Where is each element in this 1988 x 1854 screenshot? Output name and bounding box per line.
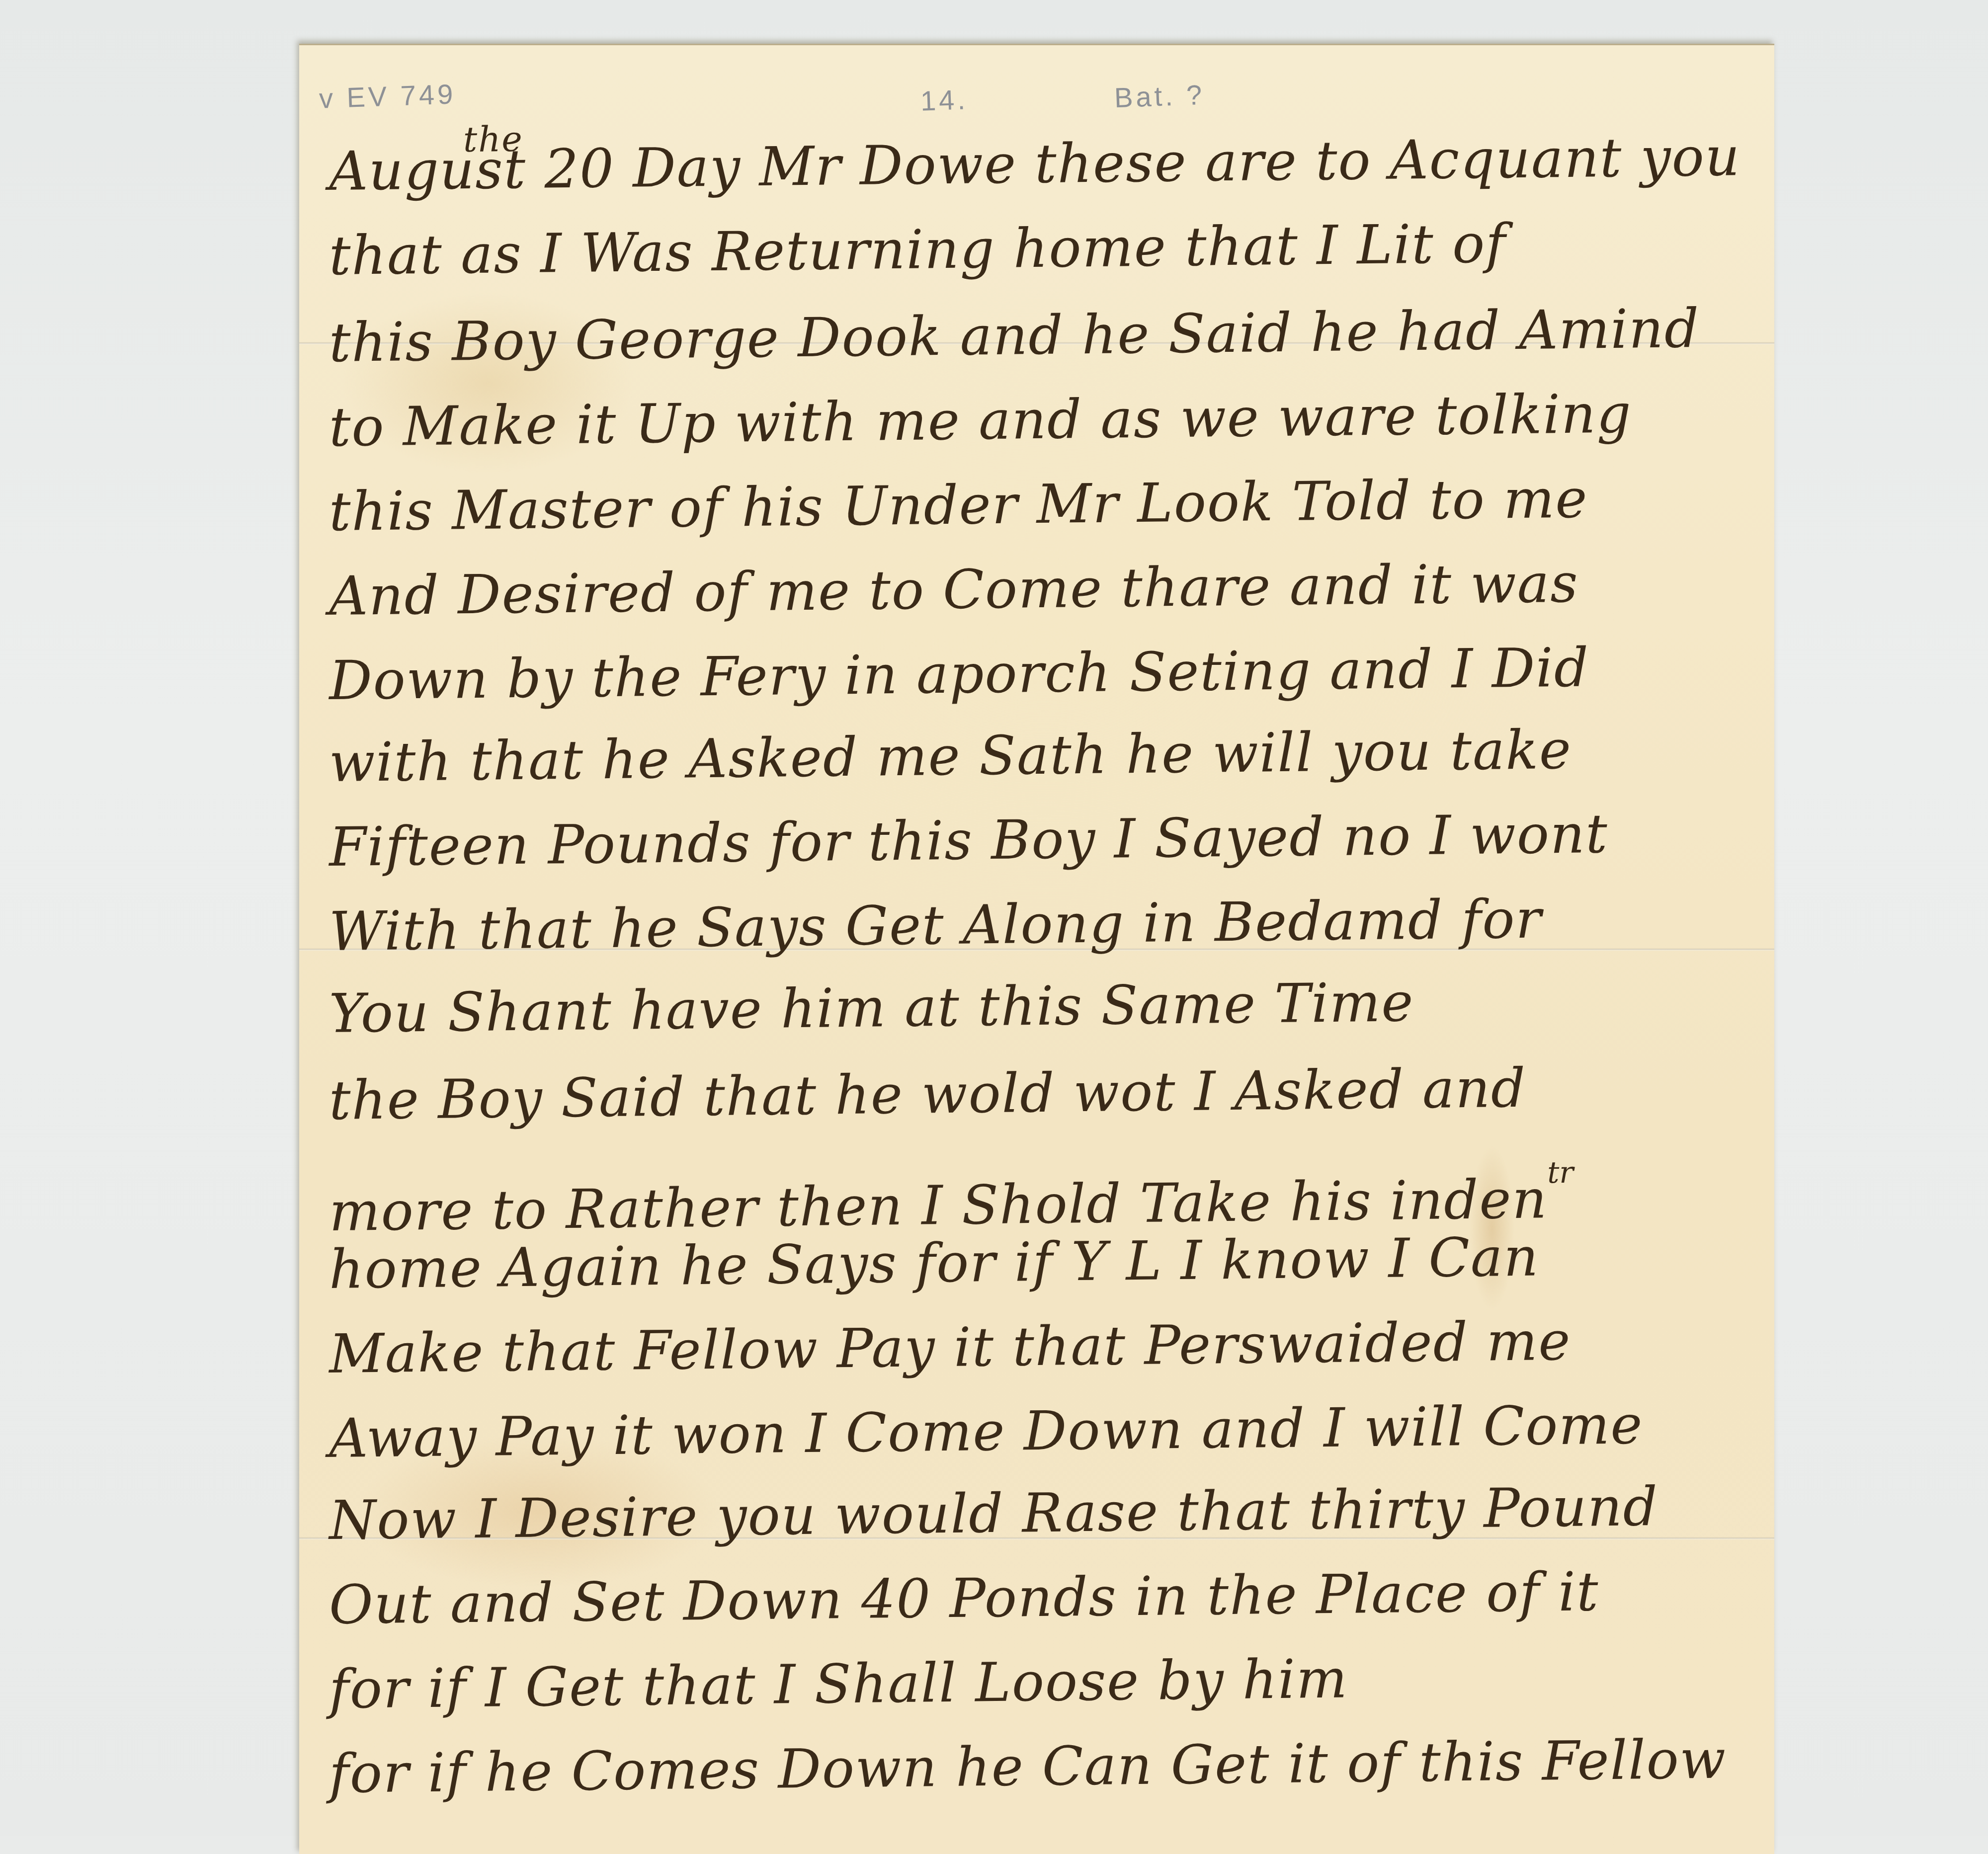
letter-line-1: August 20 Day Mr Dowe these are to Acqua… <box>329 122 1750 207</box>
letter-line-16: Away Pay it won I Come Down and I will C… <box>329 1389 1750 1474</box>
letter-line-15: Make that Fellow Pay it that Perswaided … <box>329 1305 1750 1389</box>
letter-line-9: Fifteen Pounds for this Boy I Sayed no I… <box>329 798 1750 883</box>
letter-line-10: With that he Says Get Along in Bedamd fo… <box>329 883 1750 967</box>
letter-line-12: the Boy Said that he wold wot I Asked an… <box>329 1051 1750 1136</box>
letter-line-17: Now I Desire you would Rase that thirty … <box>329 1471 1750 1556</box>
letter-line-6: And Desired of me to Come thare and it w… <box>329 547 1750 632</box>
catalog-number-annotation: v EV 749 <box>319 78 456 115</box>
letter-line-3: this Boy George Dook and he Said he had … <box>329 294 1750 378</box>
letter-line-7: Down by the Fery in aporch Seting and I … <box>329 632 1750 716</box>
letter-line-19: for if I Get that I Shall Loose by him <box>329 1640 1750 1725</box>
letter-line-11: You Shant have him at this Same Time <box>329 965 1750 1049</box>
letter-line-14: home Again he Says for if Y L I know I C… <box>329 1220 1750 1305</box>
letter-line-4: to Make it Up with me and as we ware tol… <box>329 378 1750 463</box>
letter-line-2: that as I Was Returning home that I Lit … <box>329 207 1750 291</box>
letter-line-5: this Master of his Under Mr Look Told to… <box>329 463 1750 547</box>
letter-line-20: for if he Comes Down he Can Get it of th… <box>329 1725 1750 1809</box>
letter-line-8: with that he Asked me Sath he will you t… <box>329 714 1750 798</box>
letter-line-18: Out and Set Down 40 Ponds in the Place o… <box>329 1556 1750 1640</box>
indenture-superscript: tr <box>1547 1155 1574 1191</box>
letter-page: v EV 749 14. Bat. ? the August 20 Day Mr… <box>299 44 1774 1836</box>
